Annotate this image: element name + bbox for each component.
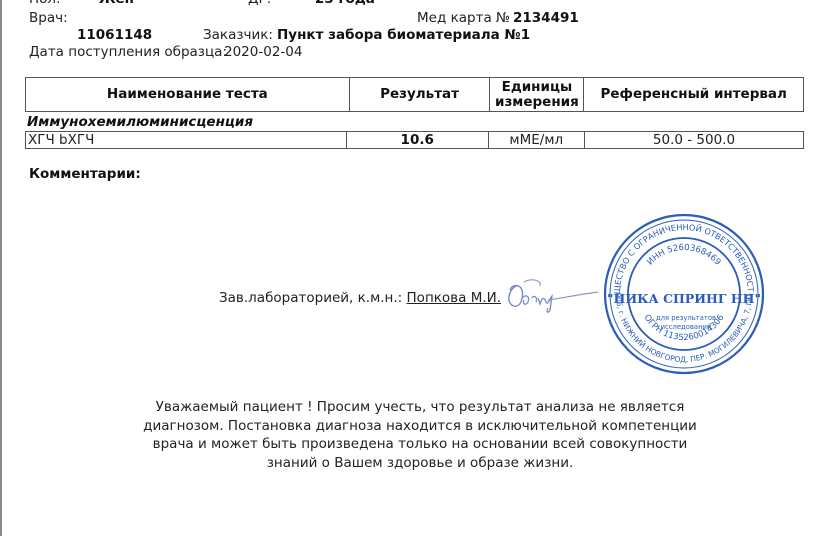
age-value: 25 года bbox=[315, 0, 375, 7]
doctor-label: Врач: bbox=[29, 10, 68, 26]
sex-label: Пол: bbox=[29, 0, 61, 7]
comments-label: Комментарии: bbox=[29, 166, 141, 182]
test-result: 10.6 bbox=[346, 132, 488, 149]
results-table: ХГЧ bХГЧ 10.6 мМЕ/мл 50.0 - 500.0 bbox=[25, 131, 804, 149]
notice-line: врача и может быть произведена только на… bbox=[100, 435, 740, 454]
med-card-label: Мед карта № bbox=[417, 10, 510, 26]
customer-label: Заказчик: bbox=[203, 27, 273, 43]
signer-title: Зав.лабораторией, к.м.н.: bbox=[219, 290, 402, 306]
table-row: ХГЧ bХГЧ 10.6 мМЕ/мл 50.0 - 500.0 bbox=[26, 132, 804, 149]
notice-line: диагнозом. Постановка диагноза находится… bbox=[100, 417, 740, 436]
stamp-address: 603006, г. НИЖНИЙ НОВГОРОД, ПЕР. МОГИЛЕВ… bbox=[602, 212, 754, 364]
company-stamp-icon: ОБЩЕСТВО С ОГРАНИЧЕННОЙ ОТВЕТСТВЕННОСТЬЮ… bbox=[602, 212, 766, 376]
svg-text:ОБЩЕСТВО С ОГРАНИЧЕННОЙ ОТВЕТС: ОБЩЕСТВО С ОГРАНИЧЕННОЙ ОТВЕТСТВЕННОСТЬЮ bbox=[602, 212, 756, 294]
test-units: мМЕ/мл bbox=[488, 132, 584, 149]
patient-notice: Уважаемый пациент ! Просим учесть, что р… bbox=[100, 398, 740, 472]
signer-name: Попкова М.И. bbox=[407, 290, 502, 306]
results-table-header: Наименование теста Результат Единицы изм… bbox=[25, 77, 804, 112]
page-left-border bbox=[0, 0, 2, 536]
sex-value: Жен bbox=[99, 0, 134, 7]
header-units-line1: Единицы bbox=[490, 80, 583, 95]
header-result: Результат bbox=[349, 78, 490, 112]
header-units-line2: измерения bbox=[490, 95, 583, 110]
stamp-outer-text: ОБЩЕСТВО С ОГРАНИЧЕННОЙ ОТВЕТСТВЕННОСТЬЮ bbox=[602, 212, 756, 294]
notice-line: Уважаемый пациент ! Просим учесть, что р… bbox=[100, 398, 740, 417]
svg-text:ИНН 5260368469: ИНН 5260368469 bbox=[645, 243, 722, 268]
stamp-org-name: "НИКА СПРИНГ НН" bbox=[607, 291, 761, 306]
med-card-value: 2134491 bbox=[513, 10, 579, 26]
test-reference: 50.0 - 500.0 bbox=[584, 132, 803, 149]
test-name: ХГЧ bХГЧ bbox=[26, 132, 347, 149]
svg-text:603006, г. НИЖНИЙ НОВГОРОД, ПЕ: 603006, г. НИЖНИЙ НОВГОРОД, ПЕР. МОГИЛЕВ… bbox=[602, 212, 754, 364]
notice-line: знаний о Вашем здоровье и образе жизни. bbox=[100, 454, 740, 473]
sample-date-value: 2020-02-04 bbox=[224, 44, 302, 60]
stamp-star-left-icon: * bbox=[616, 293, 619, 300]
signature-line: Зав.лабораторией, к.м.н.: Попкова М.И. bbox=[219, 290, 501, 306]
customer-value: Пункт забора биоматериала №1 bbox=[277, 27, 530, 43]
age-label: ДГ: bbox=[248, 0, 271, 7]
stamp-purpose-line2: исследований bbox=[661, 323, 712, 331]
handwritten-signature-icon bbox=[502, 276, 602, 316]
sample-date-label: Дата поступления образца: bbox=[29, 44, 227, 60]
doctor-id: 11061148 bbox=[77, 27, 152, 43]
header-units: Единицы измерения bbox=[490, 78, 584, 112]
stamp-purpose-line1: для результатов bbox=[656, 314, 716, 322]
section-title: Иммунохемилюминисценция bbox=[27, 114, 253, 130]
header-reference: Референсный интервал bbox=[584, 78, 804, 112]
header-test-name: Наименование теста bbox=[26, 78, 350, 112]
stamp-star-right-icon: * bbox=[748, 293, 751, 300]
stamp-inn: ИНН 5260368469 bbox=[645, 243, 722, 268]
